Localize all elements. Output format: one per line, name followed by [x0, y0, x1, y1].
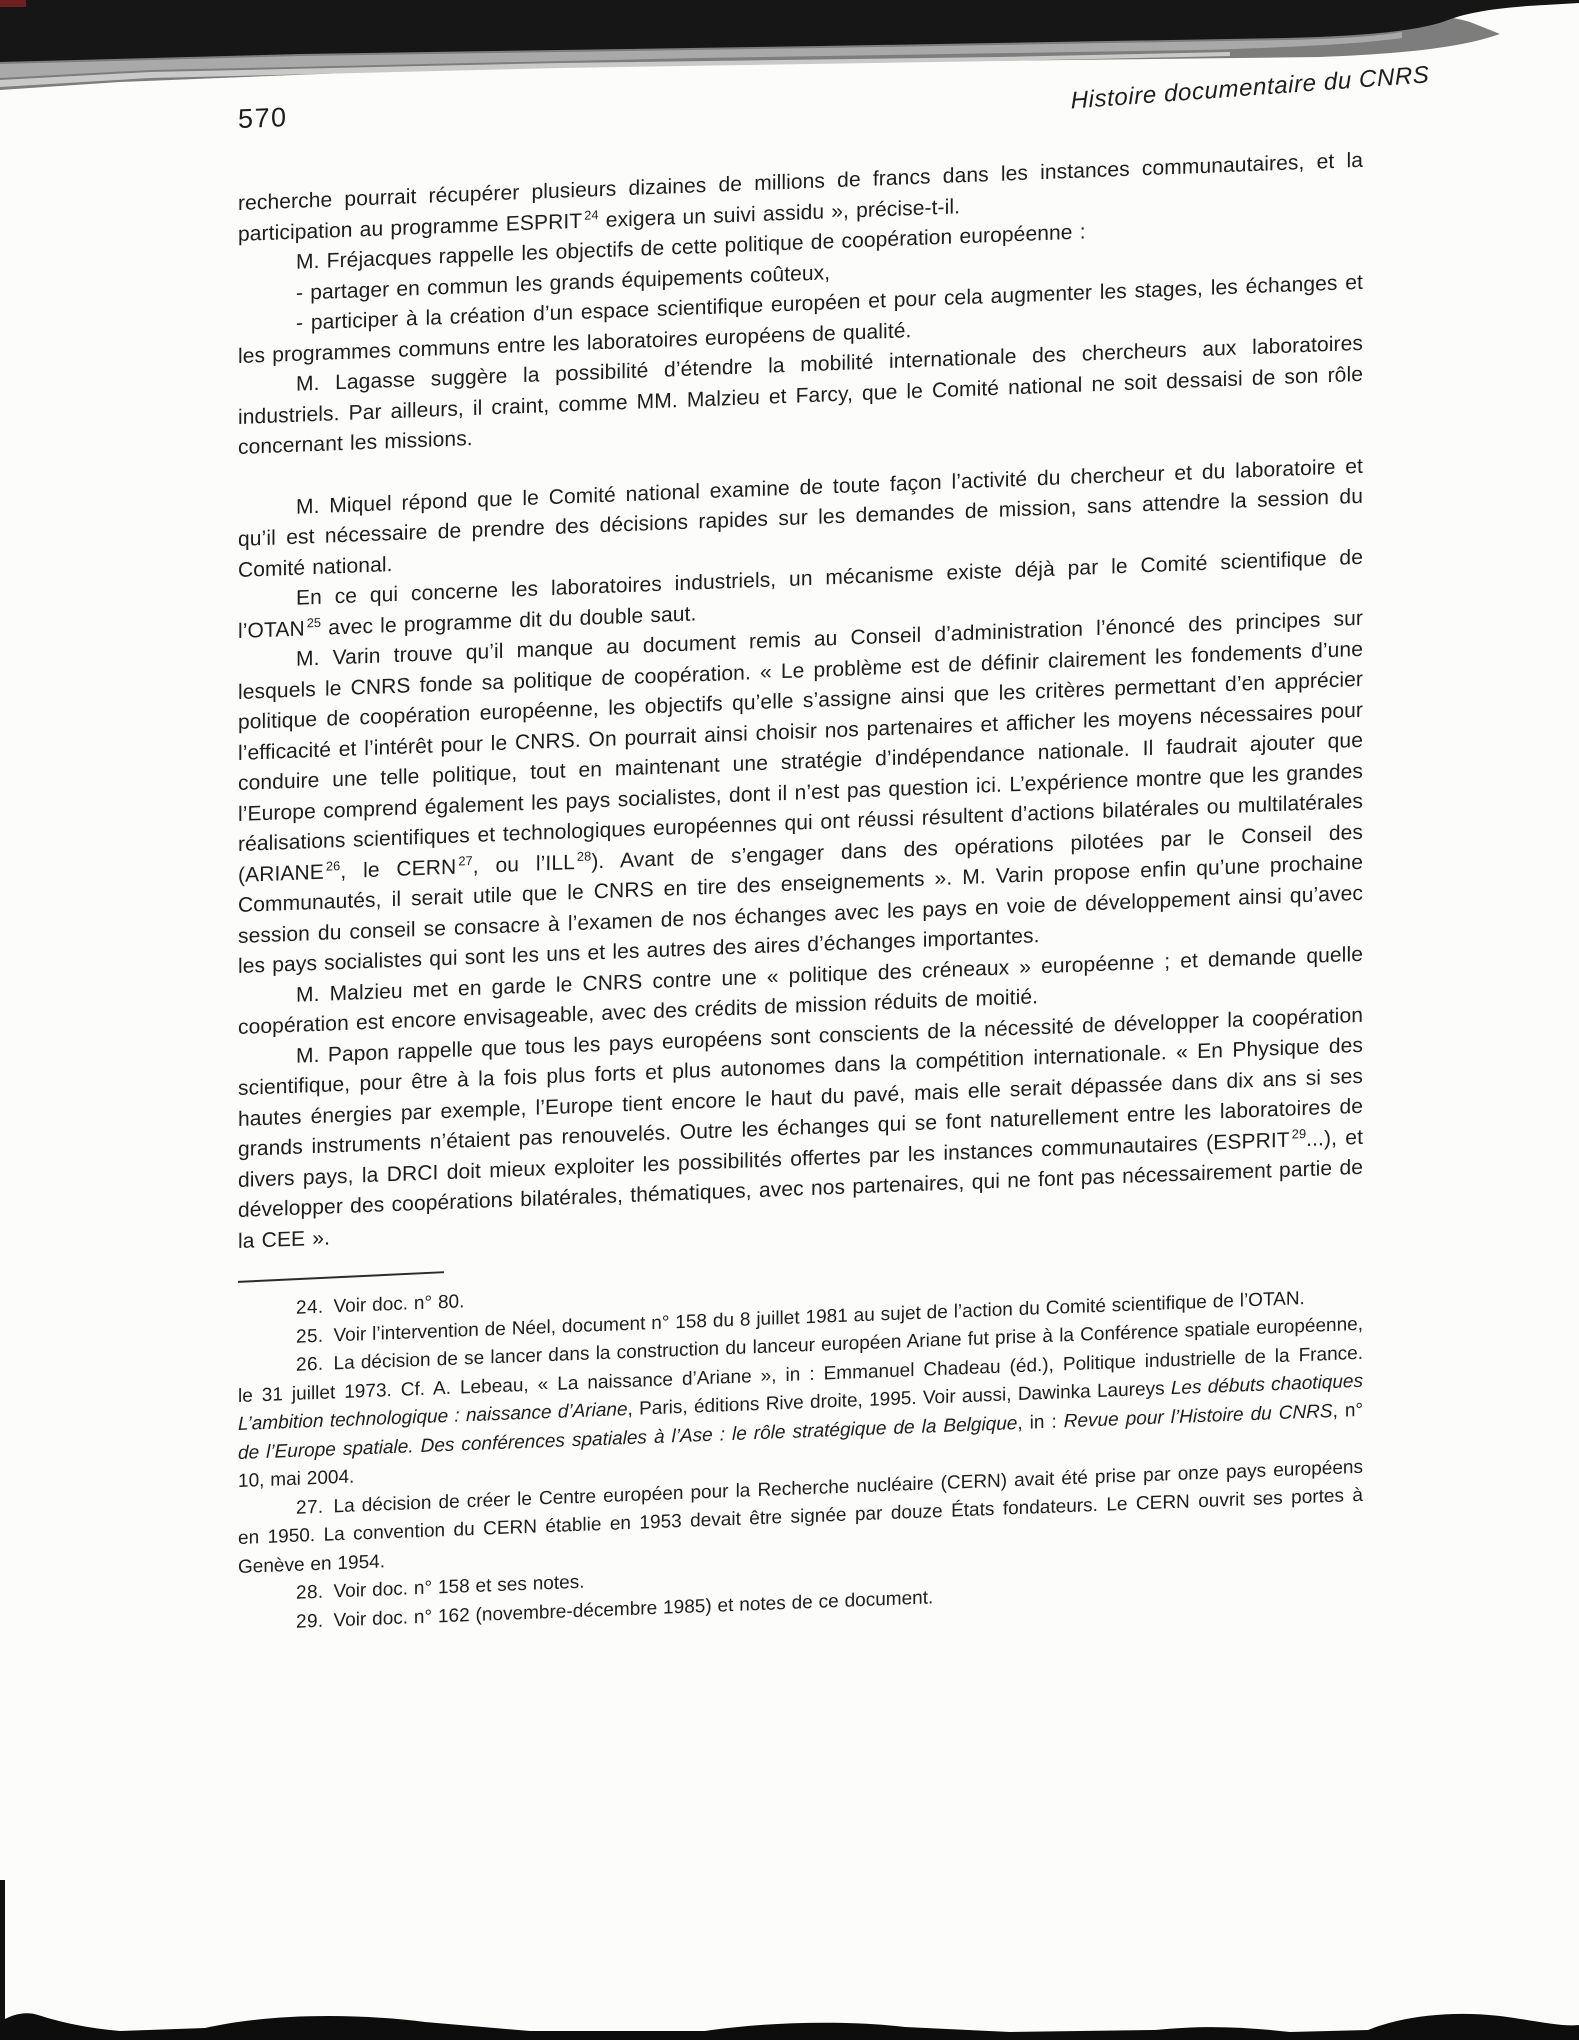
footnotes-section: 24. Voir doc. n° 80.25. Voir l’intervent… [238, 1254, 1363, 1639]
footnote-ref: 24 [584, 208, 598, 224]
footnote-number: 29. [296, 1610, 334, 1632]
footnote-ref: 28 [577, 849, 591, 865]
footnote-separator [238, 1271, 444, 1283]
paragraph: M. Papon rappelle que tous les pays euro… [238, 1000, 1363, 1257]
page-content: 570 Histoire documentaire du CNRS recher… [238, 61, 1363, 1639]
footnote-ref: 26 [326, 859, 340, 875]
scanned-book-page: 570 Histoire documentaire du CNRS recher… [0, 0, 1579, 2040]
footnote-ref: 27 [458, 853, 472, 869]
text-segment: , le CERN [340, 855, 456, 882]
text-segment: Voir doc. n° 158 et ses notes. [334, 1572, 585, 1603]
footnote-ref: 25 [307, 615, 321, 631]
page-number: 570 [238, 102, 288, 135]
footnote-number: 24. [296, 1296, 334, 1318]
footnote-number: 28. [296, 1581, 334, 1603]
paragraph: M. Varin trouve qu’il manque au document… [238, 604, 1363, 983]
text-segment: , in : [1017, 1411, 1063, 1434]
text-segment: , ou l’ILL [473, 851, 575, 878]
footnote-number: 25. [296, 1325, 334, 1347]
text-segment: Revue pour l’Histoire du CNRS [1064, 1400, 1333, 1431]
footnote-ref: 29 [1292, 1126, 1306, 1142]
body-text: recherche pourrait récupérer plusieurs d… [238, 146, 1363, 1257]
text-segment: Voir doc. n° 80. [334, 1291, 465, 1317]
footnote-number: 26. [296, 1353, 334, 1375]
scan-bottom-edge [0, 1880, 1579, 2040]
footnote-number: 27. [296, 1496, 334, 1518]
